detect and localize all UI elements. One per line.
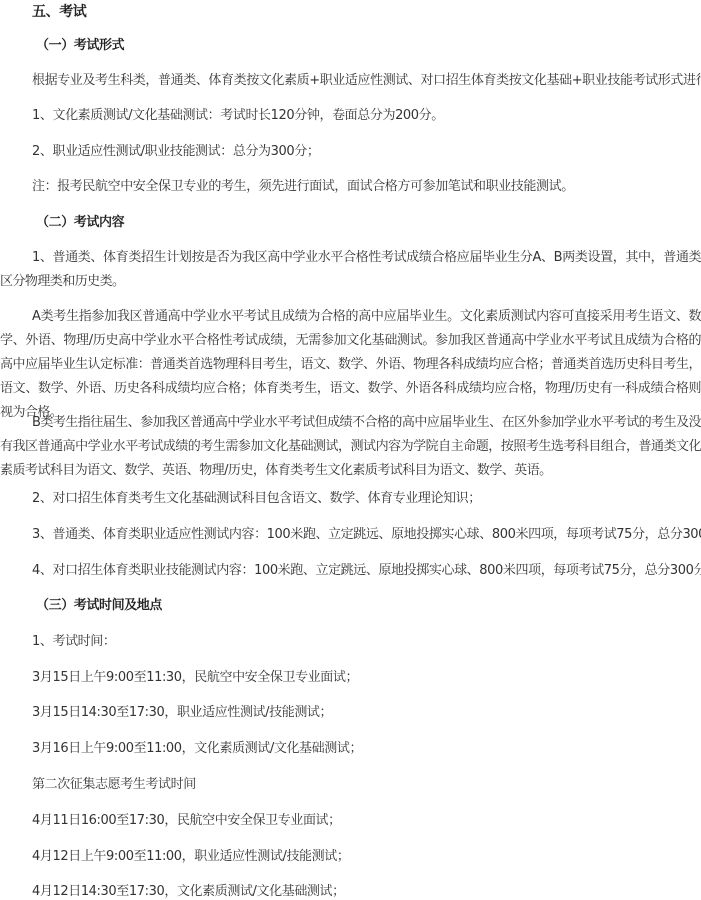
- exam-content-paragraph-1: 1、普通类、体育类招生计划按是否为我区高中学业水平合格性考试成绩合格应届毕业生分…: [0, 246, 701, 294]
- schedule-item: 4月11日16:00至17:30，民航空中安全保卫专业面试；: [32, 811, 341, 831]
- second-round-schedule-label: 第二次征集志愿考生考试时间: [32, 775, 196, 795]
- exam-content-paragraph-b: B类考生指往届生、参加我区普通高中学业水平考试但成绩不合格的高中应届毕业生、在区…: [0, 411, 701, 483]
- exam-content-item-4: 4、对口招生体育类职业技能测试内容：100米跑、立定跳远、原地投掷实心球、800…: [32, 561, 701, 581]
- section-title: 五、考试: [32, 2, 86, 22]
- subsection-heading-exam-schedule: （三）考试时间及地点: [36, 596, 162, 616]
- exam-format-text: 根据专业及考生科类，普通类、体育类按文化素质+职业适应性测试、对口招生体育类按文…: [32, 71, 701, 91]
- schedule-item: 3月16日上午9:00至11:00，文化素质测试/文化基础测试；: [32, 739, 362, 759]
- schedule-item: 3月15日14:30至17:30，职业适应性测试/技能测试；: [32, 703, 332, 723]
- schedule-item: 4月12日14:30至17:30，文化素质测试/文化基础测试；: [32, 882, 345, 900]
- exam-schedule-label: 1、考试时间：: [32, 632, 115, 652]
- exam-format-note: 注：报考民航空中安全保卫专业的考生，须先进行面试，面试合格方可参加笔试和职业技能…: [32, 177, 574, 197]
- subsection-heading-exam-format: （一）考试形式: [36, 36, 124, 56]
- schedule-item: 3月15日上午9:00至11:30，民航空中安全保卫专业面试；: [32, 668, 358, 688]
- exam-content-item-2: 2、对口招生体育类考生文化基础测试科目包含语文、数学、体育专业理论知识；: [32, 489, 481, 509]
- exam-content-item-3: 3、普通类、体育类职业适应性测试内容：100米跑、立定跳远、原地投掷实心球、80…: [32, 525, 701, 545]
- subsection-heading-exam-content: （二）考试内容: [36, 213, 124, 233]
- schedule-item: 4月12日上午9:00至11:00，职业适应性测试/技能测试；: [32, 847, 349, 867]
- exam-format-item-1: 1、文化素质测试/文化基础测试：考试时长120分钟，卷面总分为200分。: [32, 106, 444, 126]
- exam-format-item-2: 2、职业适应性测试/职业技能测试：总分为300分；: [32, 142, 319, 162]
- exam-content-paragraph-a: A类考生指参加我区普通高中学业水平考试且成绩为合格的高中应届毕业生。文化素质测试…: [0, 305, 701, 425]
